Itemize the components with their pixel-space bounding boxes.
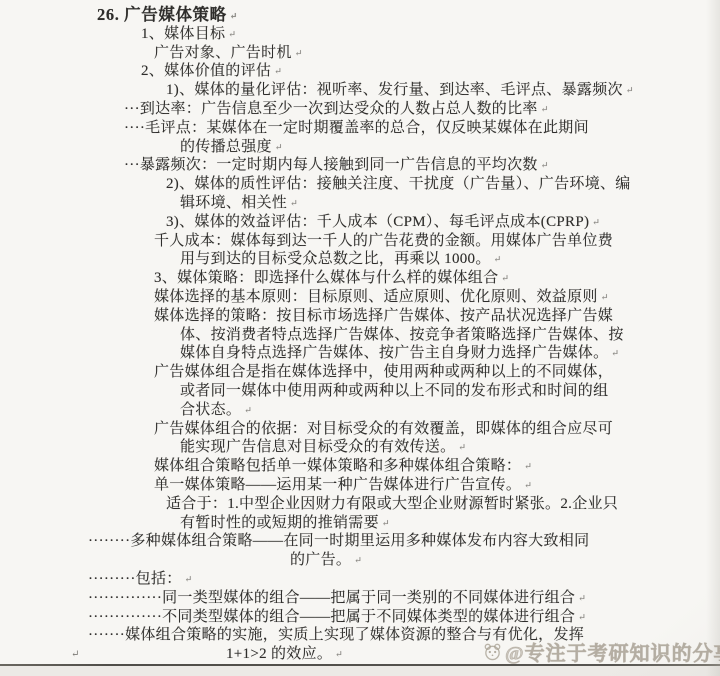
doc-line-text: 或者同一媒体中使用两种或两种以上不同的发布形式和时间的组 [180, 383, 608, 399]
doc-line: ···到达率：广告信息至少一次到达受众的人数占总人数的比率↵ [0, 100, 720, 119]
return-mark: ↵ [228, 25, 236, 44]
watermark: @专注于考研知识的分享 [483, 637, 720, 666]
doc-line-text: 用与到达的目标受众总数之比，再乘以 1000。 [180, 251, 491, 267]
doc-line: 体、按消费者特点选择广告媒体、按竞争者策略选择广告媒体、按 [0, 326, 720, 345]
return-mark: ↵ [274, 62, 282, 81]
return-mark: ↵ [524, 457, 532, 476]
return-mark: ↵ [541, 100, 549, 119]
doc-line: 媒体选择的基本原则：目标原则、适应原则、优化原则、效益原则↵ [0, 288, 720, 307]
return-mark: ↵ [458, 438, 466, 457]
doc-line: 3)、媒体的效益评估：千人成本（CPM）、每毛评点成本(CPRP)↵ [0, 213, 720, 232]
doc-line: 合状态。↵ [0, 401, 720, 420]
doc-line: 有暂时性的或短期的推销需要↵ [0, 514, 720, 533]
doc-line-text: ·········包括： [88, 571, 182, 587]
return-mark: ↵ [578, 608, 586, 627]
doc-line: 能实现广告信息对目标受众的有效传送。↵ [0, 438, 720, 457]
doc-line: ···暴露频次：一定时期内每人接触到同一广告信息的平均次数↵ [0, 156, 720, 175]
doc-line: 媒体选择的策略：按目标市场选择广告媒体、按产品状况选择广告媒 [0, 307, 720, 326]
doc-line-text: 1)、媒体的量化评估：视听率、发行量、到达率、毛评点、暴露频次 [166, 82, 623, 98]
doc-line-text: 体、按消费者特点选择广告媒体、按竞争者策略选择广告媒体、按 [180, 327, 624, 343]
return-mark: ↵ [611, 344, 619, 363]
doc-line-text: 单一媒体策略——运用某一种广告媒体进行广告宣传。 [154, 477, 521, 493]
doc-line-text: 辑环境、相关性 [180, 195, 287, 211]
doc-line-text: 的广告。 [290, 552, 351, 568]
doc-line: 1、媒体目标↵ [0, 25, 720, 44]
doc-line: 广告媒体组合的依据：对目标受众的有效覆盖，即媒体的组合应尽可 [0, 420, 720, 439]
doc-line-text: ····毛评点：某媒体在一定时期覆盖率的总合，仅反映某媒体在此期间 [124, 120, 589, 136]
doc-line: 辑环境、相关性↵ [0, 194, 720, 213]
return-mark: ↵ [541, 156, 549, 175]
doc-line-text: 2、媒体价值的评估 [141, 63, 271, 79]
doc-line-text: 的传播总强度 [180, 139, 272, 155]
doc-line-text: ········多种媒体组合策略——在同一时期里运用多种媒体发布内容大致相同 [88, 533, 589, 549]
doc-line: 2)、媒体的质性评估：接触关注度、干扰度（广告量）、广告环境、编 [0, 175, 720, 194]
doc-line: 媒体自身特点选择广告媒体、按广告主自身财力选择广告媒体。↵ [0, 344, 720, 363]
doc-line: 的广告。↵ [0, 551, 720, 570]
doc-line-text: 有暂时性的或短期的推销需要 [180, 515, 379, 531]
doc-line-text: 媒体选择的策略：按目标市场选择广告媒体、按产品状况选择广告媒 [154, 308, 613, 324]
doc-line-text: 26. 广告媒体策略 [97, 5, 227, 24]
doc-line: 1)、媒体的量化评估：视听率、发行量、到达率、毛评点、暴露频次↵ [0, 81, 720, 100]
doc-line-text: ···暴露频次：一定时期内每人接触到同一广告信息的平均次数 [124, 157, 538, 173]
return-mark: ↵ [524, 476, 532, 495]
panda-icon [483, 642, 502, 661]
page-below-edge-area [0, 666, 720, 676]
doc-line-text: 媒体选择的基本原则：目标原则、适应原则、优化原则、效益原则 [154, 289, 598, 305]
return-mark: ↵ [501, 269, 509, 288]
doc-line-text: 千人成本：媒体每到达一千人的广告花费的金额。用媒体广告单位费 [154, 233, 613, 249]
doc-line-text: 广告媒体组合的依据：对目标受众的有效覆盖，即媒体的组合应尽可 [154, 421, 613, 437]
doc-line: 的传播总强度↵ [0, 138, 720, 157]
doc-line-text: 2)、媒体的质性评估：接触关注度、干扰度（广告量）、广告环境、编 [166, 176, 631, 192]
return-mark: ↵ [244, 401, 252, 420]
doc-line-text: ···到达率：广告信息至少一次到达受众的人数占总人数的比率 [124, 101, 538, 117]
doc-line-text: 1+1>2 的效应。 [226, 646, 332, 662]
doc-line-text: 广告对象、广告时机 [154, 45, 292, 61]
watermark-text: @专注于考研知识的分享 [505, 637, 720, 666]
doc-line: 用与到达的目标受众总数之比，再乘以 1000。↵ [0, 250, 720, 269]
doc-line: 适合于：1.中型企业因财力有限或大型企业财源暂时紧张。2.企业只 [0, 495, 720, 514]
return-mark: ↵ [354, 551, 362, 570]
doc-line: 广告媒体组合是指在媒体选择中，使用两种或两种以上的不同媒体， [0, 363, 720, 382]
doc-line-text: 3)、媒体的效益评估：千人成本（CPM）、每毛评点成本(CPRP) [166, 214, 589, 230]
paragraph-mark: ↵ [71, 649, 79, 660]
return-mark: ↵ [275, 138, 283, 157]
doc-line-text: ··············同一类型媒体的组合——把属于同一类别的不同媒体进行组… [88, 590, 575, 606]
return-mark: ↵ [494, 250, 502, 269]
doc-line: ··············不同类型媒体的组合——把属于不同媒体类型的媒体进行组… [0, 608, 720, 627]
return-mark: ↵ [290, 194, 298, 213]
doc-line: 媒体组合策略包括单一媒体策略和多种媒体组合策略：↵ [0, 457, 720, 476]
return-mark: ↵ [185, 570, 193, 589]
doc-line-text: 适合于：1.中型企业因财力有限或大型企业财源暂时紧张。2.企业只 [166, 496, 618, 512]
doc-line-text: 媒体组合策略包括单一媒体策略和多种媒体组合策略： [154, 458, 521, 474]
doc-line-text: ··············不同类型媒体的组合——把属于不同媒体类型的媒体进行组… [88, 609, 575, 625]
doc-line: 2、媒体价值的评估↵ [0, 62, 720, 81]
return-mark: ↵ [230, 7, 238, 26]
return-mark: ↵ [601, 288, 609, 307]
doc-line: 单一媒体策略——运用某一种广告媒体进行广告宣传。↵ [0, 476, 720, 495]
return-mark: ↵ [578, 589, 586, 608]
return-mark: ↵ [592, 213, 600, 232]
doc-line: ·········包括：↵ [0, 570, 720, 589]
return-mark: ↵ [335, 645, 343, 664]
doc-line: 26. 广告媒体策略↵ [0, 6, 720, 25]
return-mark: ↵ [295, 44, 303, 63]
return-mark: ↵ [382, 514, 390, 533]
doc-line-text: 广告媒体组合是指在媒体选择中，使用两种或两种以上的不同媒体， [154, 364, 613, 380]
doc-line: 3、媒体策略：即选择什么媒体与什么样的媒体组合↵ [0, 269, 720, 288]
doc-line: 或者同一媒体中使用两种或两种以上不同的发布形式和时间的组 [0, 382, 720, 401]
doc-line: ··············同一类型媒体的组合——把属于同一类别的不同媒体进行组… [0, 589, 720, 608]
doc-line-text: 合状态。 [180, 402, 241, 418]
doc-line-text: 3、媒体策略：即选择什么媒体与什么样的媒体组合 [154, 270, 498, 286]
return-mark: ↵ [626, 81, 634, 100]
document-page: 26. 广告媒体策略↵1、媒体目标↵广告对象、广告时机↵2、媒体价值的评估↵1)… [0, 0, 720, 676]
doc-line: 千人成本：媒体每到达一千人的广告花费的金额。用媒体广告单位费 [0, 232, 720, 251]
doc-line-text: 媒体自身特点选择广告媒体、按广告主自身财力选择广告媒体。 [180, 345, 608, 361]
doc-line: 广告对象、广告时机↵ [0, 44, 720, 63]
doc-line: ····毛评点：某媒体在一定时期覆盖率的总合，仅反映某媒体在此期间 [0, 119, 720, 138]
doc-line: ········多种媒体组合策略——在同一时期里运用多种媒体发布内容大致相同 [0, 532, 720, 551]
doc-line-text: 能实现广告信息对目标受众的有效传送。 [180, 439, 455, 455]
doc-line-text: 1、媒体目标 [141, 26, 225, 42]
document-text-block: 26. 广告媒体策略↵1、媒体目标↵广告对象、广告时机↵2、媒体价值的评估↵1)… [0, 6, 720, 664]
